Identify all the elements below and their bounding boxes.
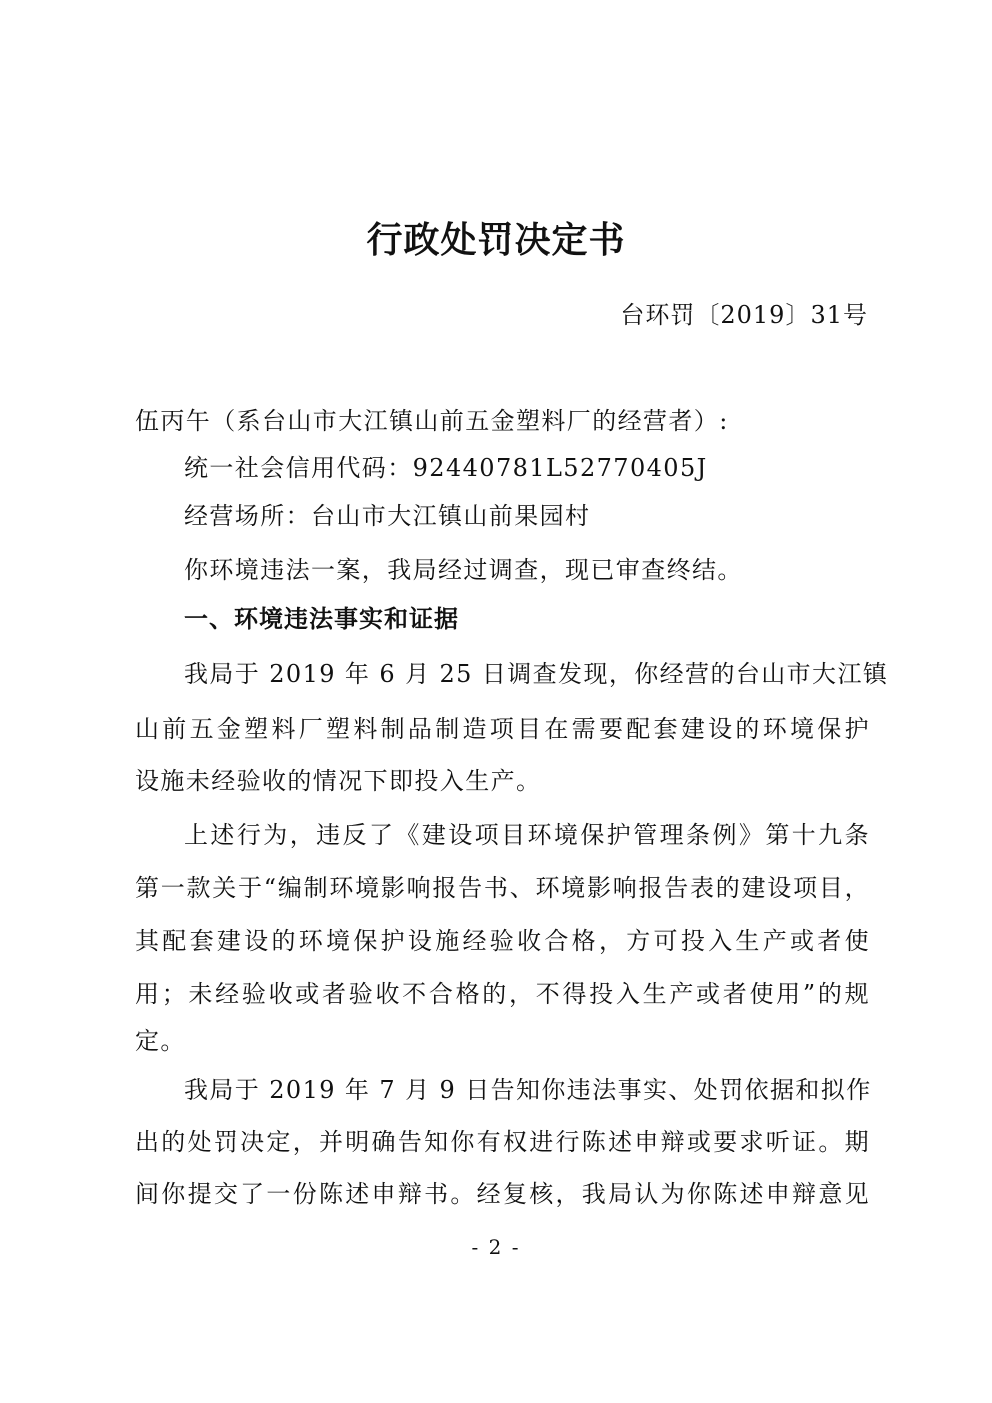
intro-paragraph: 你环境违法一案，我局经过调查，现已审查终结。	[184, 552, 870, 588]
paragraph-line: 间你提交了一份陈述申辩书。经复核，我局认为你陈述申辩意见	[135, 1176, 870, 1212]
paragraph-line: 设施未经验收的情况下即投入生产。	[135, 763, 870, 799]
paragraph-line: 其配套建设的环境保护设施经验收合格，方可投入生产或者使	[135, 923, 870, 959]
page-number: - 2 -	[0, 1232, 992, 1262]
section-heading-facts: 一、环境违法事实和证据	[184, 601, 870, 637]
document-title: 行政处罚决定书	[0, 216, 992, 264]
address-line: 经营场所：台山市大江镇山前果园村	[184, 498, 870, 534]
recipient-line: 伍丙午（系台山市大江镇山前五金塑料厂的经营者）:	[135, 403, 870, 439]
paragraph-line: 用；未经验收或者验收不合格的，不得投入生产或者使用”的规	[135, 976, 870, 1012]
credit-code-line: 统一社会信用代码：92440781L52770405J	[184, 450, 870, 486]
paragraph-line: 定。	[135, 1023, 870, 1059]
paragraph-line: 出的处罚决定，并明确告知你有权进行陈述申辩或要求听证。期	[135, 1124, 870, 1160]
paragraph-line: 我局于 2019 年 6 月 25 日调查发现，你经营的台山市大江镇	[184, 656, 870, 692]
paragraph-line: 我局于 2019 年 7 月 9 日告知你违法事实、处罚依据和拟作	[184, 1072, 870, 1108]
document-number: 台环罚〔2019〕31号	[620, 297, 868, 333]
document-page: 行政处罚决定书 台环罚〔2019〕31号 伍丙午（系台山市大江镇山前五金塑料厂的…	[0, 0, 992, 1403]
paragraph-line: 第一款关于“编制环境影响报告书、环境影响报告表的建设项目，	[135, 870, 870, 906]
paragraph-line: 山前五金塑料厂塑料制品制造项目在需要配套建设的环境保护	[135, 711, 870, 747]
paragraph-line: 上述行为，违反了《建设项目环境保护管理条例》第十九条	[184, 817, 870, 853]
